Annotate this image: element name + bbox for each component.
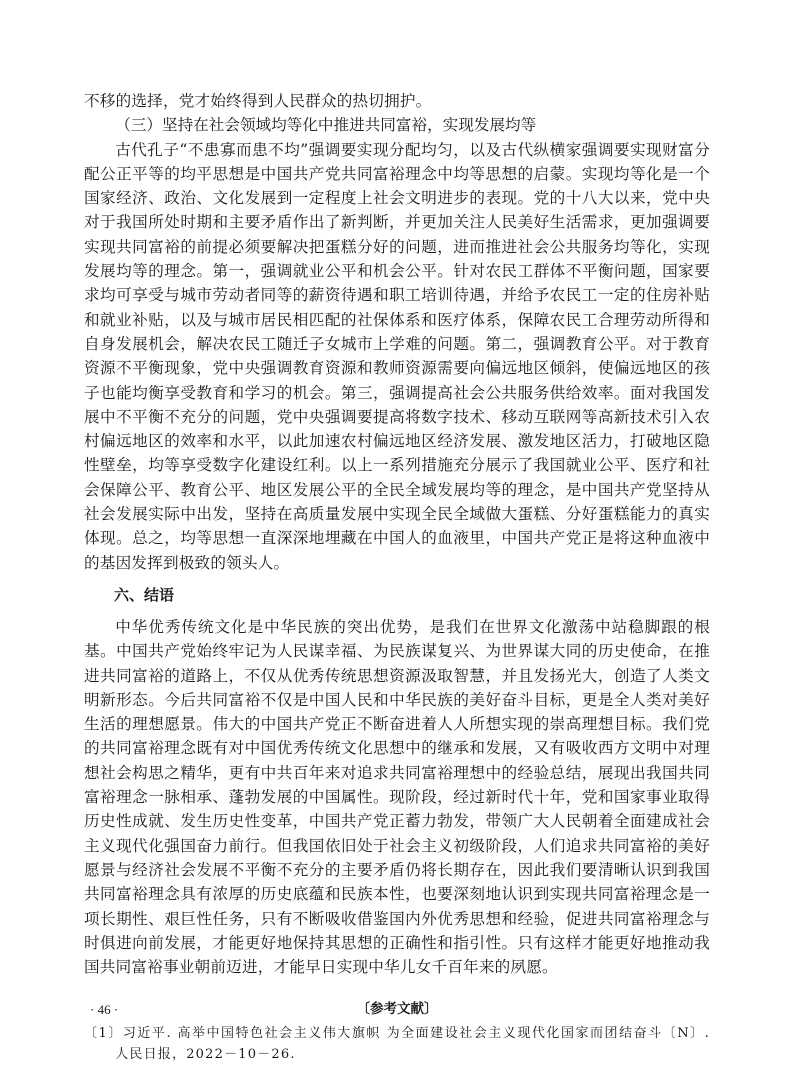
paragraph-equality: 古代孔子“不患寡而患不均”强调要实现分配均匀，以及古代纵横家强调要实现财富分配公… <box>84 138 710 575</box>
references-heading: 〔参考文献〕 <box>84 999 710 1019</box>
paragraph-continued: 不移的选择，党才始终得到人民群众的热切拥护。 <box>84 89 710 113</box>
subsection-heading-3: （三）坚持在社会领域均等化中推进共同富裕，实现发展均等 <box>84 113 710 137</box>
page-body: 不移的选择，党才始终得到人民群众的热切拥护。 （三）坚持在社会领域均等化中推进共… <box>84 89 710 1065</box>
paragraph-conclusion: 中华优秀传统文化是中华民族的突出优势，是我们在世界文化激荡中站稳脚跟的根基。中国… <box>84 615 710 979</box>
section-heading-conclusion: 六、结语 <box>84 583 710 607</box>
page-number: · 46 · <box>90 1002 118 1018</box>
reference-item: 〔1〕习近平. 高举中国特色社会主义伟大旗帜 为全面建设社会主义现代化国家而团结… <box>84 1023 710 1065</box>
references-list: 〔1〕习近平. 高举中国特色社会主义伟大旗帜 为全面建设社会主义现代化国家而团结… <box>84 1023 710 1065</box>
